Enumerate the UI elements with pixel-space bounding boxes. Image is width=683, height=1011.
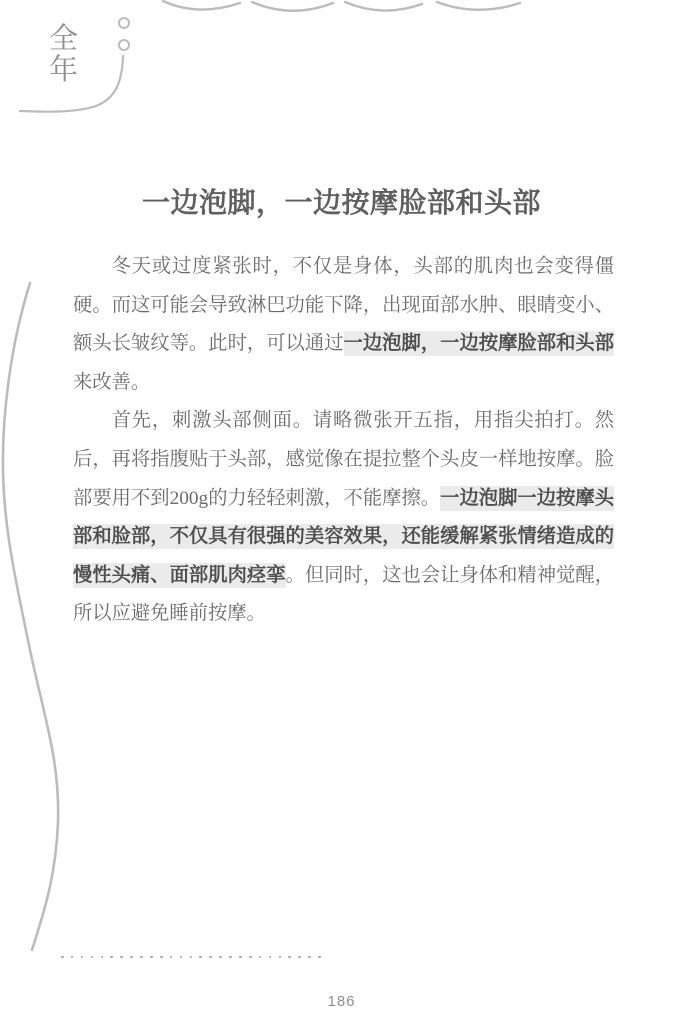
body-text: 冬天或过度紧张时，不仅是身体，头部的肌肉也会变得僵硬。而这可能会导致淋巴功能下降… [73,248,614,634]
divider-dot-icon [130,956,133,959]
divider-dot-icon [219,956,222,959]
divider-dot-icon [269,956,272,959]
divider-dot-icon [199,956,202,959]
divider-dot-icon [170,956,173,959]
highlighted-text: 一边泡脚，一边按摩脸部和头部 [344,331,614,356]
divider-dot-icon [61,956,64,959]
paragraph: 冬天或过度紧张时，不仅是身体，头部的肌肉也会变得僵硬。而这可能会导致淋巴功能下降… [73,248,614,402]
divider-dot-icon [259,956,262,959]
divider-dot-icon [229,956,232,959]
divider-dot-icon [101,956,104,959]
divider-dot-icon [91,956,94,959]
dotted-divider [61,955,321,959]
scallop-border-icon [163,1,520,11]
divider-dot-icon [120,956,123,959]
divider-dot-icon [298,956,301,959]
divider-dot-icon [71,956,74,959]
divider-dot-icon [81,956,84,959]
divider-dot-icon [180,956,183,959]
divider-dot-icon [160,956,163,959]
paragraph: 首先，刺激头部侧面。请略微张开五指，用指尖拍打。然后，再将指腹贴于头部，感觉像在… [73,402,614,634]
chapter-rings-icon [119,18,129,50]
divider-dot-icon [140,956,143,959]
left-margin-curve-icon [3,283,58,950]
divider-dot-icon [190,956,193,959]
divider-dot-icon [318,956,321,959]
divider-dot-icon [288,956,291,959]
divider-dot-icon [150,956,153,959]
divider-dot-icon [279,956,282,959]
divider-dot-icon [308,956,311,959]
page-title: 一边泡脚，一边按摩脸部和头部 [0,181,683,221]
divider-dot-icon [209,956,212,959]
text-segment: 来改善。 [73,372,150,393]
divider-dot-icon [249,956,252,959]
divider-dot-icon [110,956,113,959]
chapter-label: 全年 [49,24,79,86]
book-page: 全年 一边泡脚，一边按摩脸部和头部 冬天或过度紧张时，不仅是身体，头部的肌肉也会… [0,0,683,1011]
divider-dot-icon [239,956,242,959]
page-number: 186 [0,993,683,1010]
